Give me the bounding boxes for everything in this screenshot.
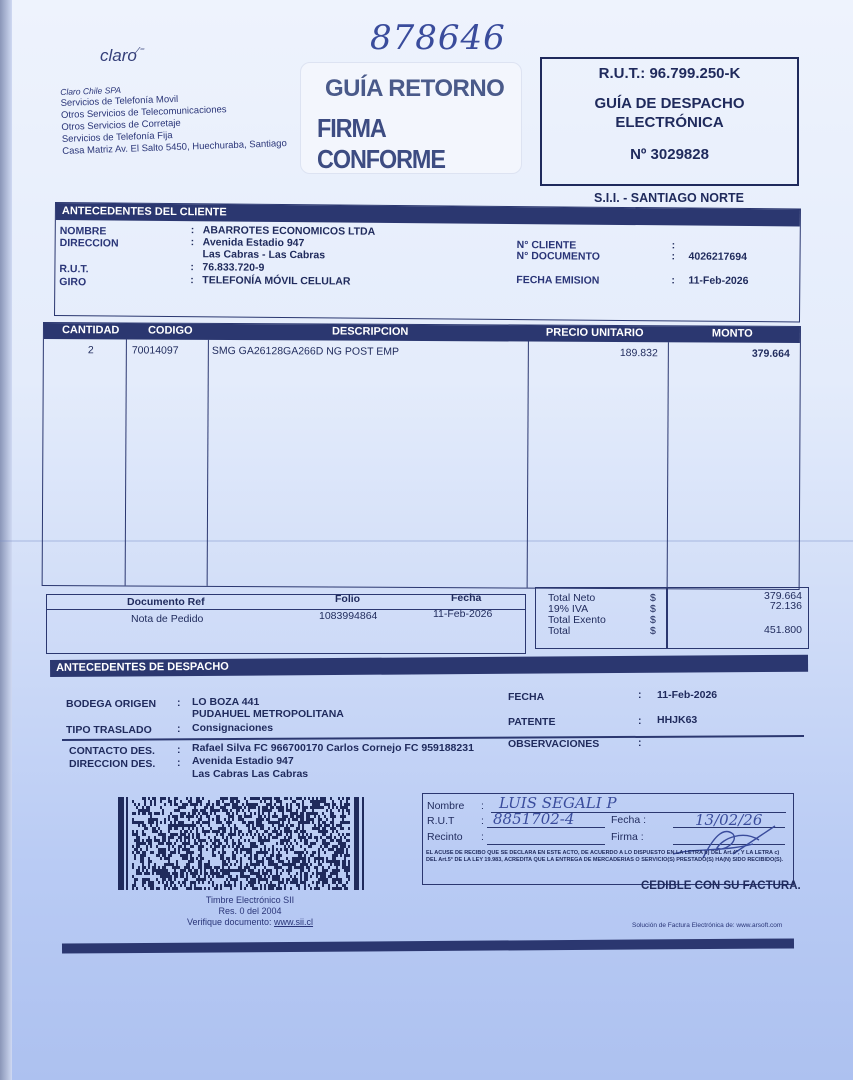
timbre-line2: Res. 0 del 2004 (150, 906, 350, 917)
logo-spark-icon: ⁄⁼ (137, 46, 144, 57)
colon: : (481, 815, 484, 827)
fecha-label: FECHA (508, 691, 544, 703)
nombre-label: NOMBRE (60, 225, 107, 237)
handwritten-number: 878646 (370, 18, 506, 58)
colon: : (638, 689, 642, 701)
acuse-legal-text: EL ACUSE DE RECIBO QUE SE DECLARA EN EST… (426, 850, 791, 864)
client-rut: 76.833.720-9 (202, 261, 264, 274)
patente-label: PATENTE (508, 716, 555, 728)
col-divider (125, 339, 127, 585)
stamp-line2: FIRMA CONFORME (317, 113, 501, 175)
n-documento-label: N° DOCUMENTO (516, 250, 599, 263)
doc-type-line1: GUÍA DE DESPACHO (542, 94, 797, 113)
issuer-rut: R.U.T.: 96.799.250-K (542, 65, 797, 82)
row-precio-unitario: 189.832 (620, 347, 658, 359)
direccion-des-line1: Avenida Estadio 947 (192, 755, 294, 767)
client-section: ANTECEDENTES DEL CLIENTE NOMBRE DIRECCIO… (54, 202, 801, 323)
timbre-line3: Verifique documento: www.sii.cl (150, 917, 350, 928)
underline (487, 827, 605, 828)
patente-value: HHJK63 (657, 714, 697, 726)
acuse-firma-label: Firma : (611, 831, 644, 843)
observaciones-label: OBSERVACIONES (508, 738, 599, 750)
company-info: Claro Chile SPA Servicios de Telefonía M… (60, 78, 287, 158)
rut-label: R.U.T. (59, 263, 88, 275)
timbre-verify-text: Verifique documento: (187, 917, 274, 927)
docref-fecha: 11-Feb-2026 (433, 608, 492, 620)
direccion-des-label: DIRECCION DES. (69, 758, 155, 770)
doc-type: GUÍA DE DESPACHO ELECTRÓNICA (542, 94, 797, 132)
col-divider (207, 340, 209, 586)
colon: : (481, 800, 484, 812)
bodega-label: BODEGA ORIGEN (66, 698, 156, 710)
col-codigo: CODIGO (148, 325, 193, 337)
colon: : (671, 250, 675, 262)
claro-logo: claro⁄⁼ (100, 46, 144, 66)
stamp-line1: GUÍA RETORNO (325, 75, 504, 103)
acuse-nombre-label: Nombre (427, 800, 464, 812)
direccion-des-line2: Las Cabras Las Cabras (192, 768, 308, 780)
colon: : (177, 757, 181, 769)
acuse-rut-label: R.U.T (427, 815, 454, 827)
contacto-label: CONTACTO DES. (69, 745, 155, 757)
contacto-value: Rafael Silva FC 966700170 Carlos Cornejo… (192, 742, 474, 754)
sii-link[interactable]: www.sii.cl (274, 917, 313, 927)
divider (62, 735, 804, 740)
col-divider (667, 342, 669, 588)
acuse-fecha-label: Fecha : (611, 814, 646, 826)
despacho-section-title: ANTECEDENTES DE DESPACHO (50, 655, 808, 677)
pdf417-barcode (116, 795, 368, 892)
total-value: 451.800 (764, 624, 802, 636)
docref-col-fecha: Fecha (451, 592, 481, 604)
colon: : (638, 715, 642, 727)
docref-col-folio: Folio (335, 593, 360, 605)
client-address-line1: Avenida Estadio 947 (203, 236, 305, 249)
document-id-box: R.U.T.: 96.799.250-K GUÍA DE DESPACHO EL… (540, 57, 799, 186)
col-cantidad: CANTIDAD (62, 324, 120, 336)
docref-documento: Nota de Pedido (131, 613, 203, 625)
col-descripcion: DESCRIPCION (332, 326, 408, 338)
iva-value: 72.136 (770, 600, 802, 612)
tipo-traslado-label: TIPO TRASLADO (66, 724, 152, 736)
colon: : (177, 744, 181, 756)
colon: : (638, 737, 642, 749)
fecha-value: 11-Feb-2026 (657, 689, 717, 701)
total-label: Total (548, 625, 570, 637)
underline (487, 844, 605, 845)
solucion-footer: Solución de Factura Electrónica de: www.… (632, 922, 782, 929)
colon: : (190, 274, 194, 286)
docref-folio: 1083994864 (319, 610, 377, 622)
despacho-section: ANTECEDENTES DE DESPACHO BODEGA ORIGEN :… (50, 660, 808, 790)
colon: : (177, 697, 181, 709)
colon: : (191, 224, 195, 236)
colon: : (481, 831, 484, 843)
colon: : (190, 261, 194, 273)
doc-number: Nº 3029828 (542, 146, 797, 163)
giro-label: GIRO (59, 276, 86, 288)
client-section-title: ANTECEDENTES DEL CLIENTE (56, 203, 800, 226)
col-precio-unitario: PRECIO UNITARIO (546, 327, 644, 340)
col-divider (527, 342, 529, 588)
timbre-electronico: Timbre Electrónico SII Res. 0 del 2004 V… (150, 895, 350, 928)
doc-ref-table: Documento Ref Folio Fecha Nota de Pedido… (46, 594, 526, 654)
totals-box: Total Neto 19% IVA Total Exento Total $ … (535, 587, 809, 649)
colon: : (191, 236, 195, 248)
timbre-line1: Timbre Electrónico SII (150, 895, 350, 906)
bodega-line1: LO BOZA 441 (192, 696, 259, 708)
docref-col-documento: Documento Ref (127, 596, 205, 608)
cedible-label: CEDIBLE CON SU FACTURA. (641, 880, 801, 892)
currency-symbol: $ (650, 625, 656, 637)
row-cantidad: 2 (88, 344, 94, 356)
client-giro: TELEFONÍA MÓVIL CELULAR (202, 274, 350, 287)
return-stamp: GUÍA RETORNO FIRMA CONFORME (300, 62, 522, 174)
row-codigo: 70014097 (132, 344, 179, 356)
direccion-label: DIRECCION (60, 237, 119, 250)
acuse-recinto-label: Recinto (427, 831, 463, 843)
footer-bar (62, 938, 794, 953)
fecha-emision-value: 11-Feb-2026 (688, 275, 748, 288)
row-descripcion: SMG GA26128GA266D NG POST EMP (212, 345, 399, 358)
acuse-rut-handwritten: 8851702-4 (493, 810, 574, 828)
sii-office: S.I.I. - SANTIAGO NORTE (594, 191, 744, 205)
colon: : (671, 274, 675, 286)
bodega-line2: PUDAHUEL METROPOLITANA (192, 708, 344, 720)
fecha-emision-label: FECHA EMISION (516, 274, 599, 287)
items-table: CANTIDAD CODIGO DESCRIPCION PRECIO UNITA… (42, 322, 801, 590)
client-address-line2: Las Cabras - Las Cabras (202, 248, 325, 261)
tipo-traslado-value: Consignaciones (192, 722, 273, 734)
n-documento-value: 4026217694 (688, 251, 747, 264)
doc-type-line2: ELECTRÓNICA (542, 113, 797, 132)
col-monto: MONTO (712, 328, 753, 340)
acuse-recibo-box: Nombre R.U.T Recinto : : : LUIS SEGALI P… (422, 793, 794, 885)
divider (666, 588, 668, 648)
colon: : (177, 723, 181, 735)
row-monto: 379.664 (752, 348, 790, 360)
